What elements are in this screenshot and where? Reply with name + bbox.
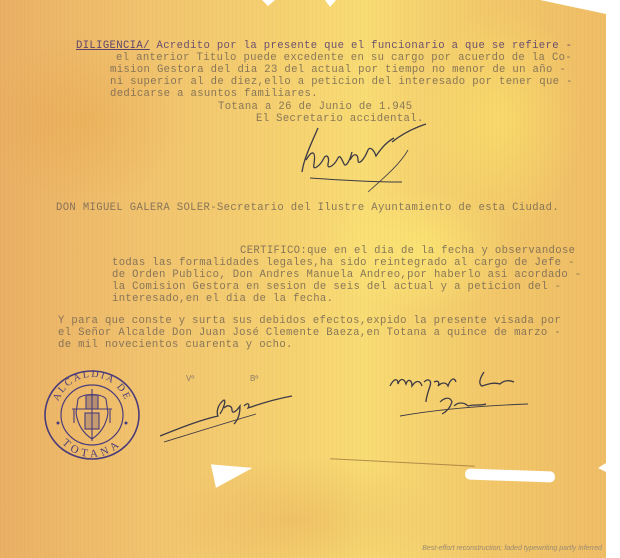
certifier-line: DON MIGUEL GALERA SOLER-Secretario del I… [56, 203, 559, 215]
diligencia-line: mision Gestora del dia 23 del actual por… [110, 65, 566, 77]
certifico-line: la Comision Gestora en sesion de seis de… [112, 282, 561, 294]
signature-miguel-galera [384, 364, 544, 428]
vobo-vo: Vº [186, 374, 194, 383]
vobo-bo: Bº [250, 374, 258, 383]
certifico-line: interesado,en el dia de la fecha. [112, 294, 333, 306]
diligencia-line: ni superior al de diez,ello a peticion d… [110, 77, 573, 89]
diligencia-date: Totana a 26 de Junio de 1.945 [218, 102, 413, 114]
closing-line: Y para que conste y surta sus debidos ef… [58, 316, 561, 328]
alcaldia-seal: ALCALDIA DE TOTANA [42, 365, 142, 466]
certifico-line: de Orden Publico, Don Andres Manuela And… [112, 270, 582, 282]
certifico-lead: CERTIFICO:que en el dia de la fecha y ob… [240, 246, 575, 258]
closing-line: el Señor Alcalde Don Juan José Clemente … [58, 328, 561, 340]
signature-secretary [290, 120, 440, 195]
signature-mayor [160, 384, 300, 444]
diligencia-line: dedicarse a asuntos familiares. [110, 89, 318, 101]
diligencia-heading: DILIGENCIA/ [76, 40, 150, 52]
diligencia-first-line: DILIGENCIA/ Acredito por la presente que… [76, 41, 572, 53]
transcription-note: Best-effort reconstruction; faded typewr… [422, 545, 602, 552]
diligencia-line: el anterior Titulo puede excedente en su… [116, 53, 572, 65]
certifico-line: todas las formalidades legales,ha sido r… [112, 258, 575, 270]
closing-line: de mil novecientos cuarenta y ocho. [58, 340, 293, 352]
